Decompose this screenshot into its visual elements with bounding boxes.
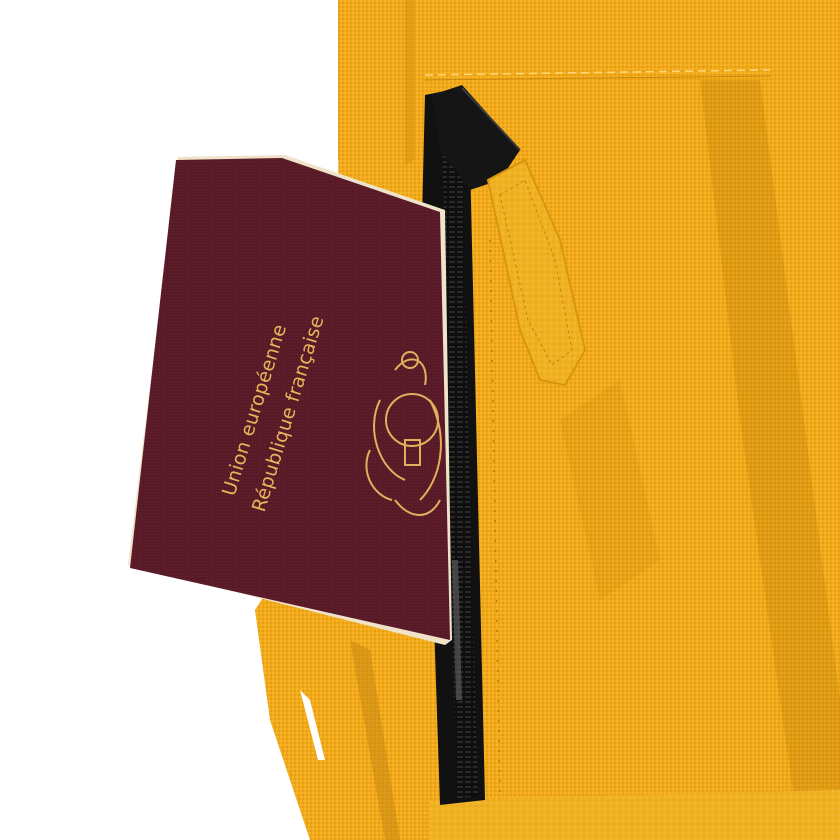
product-photo: Union européenne République française <box>0 0 840 840</box>
passport <box>128 155 452 645</box>
bag-illustration <box>0 0 840 840</box>
